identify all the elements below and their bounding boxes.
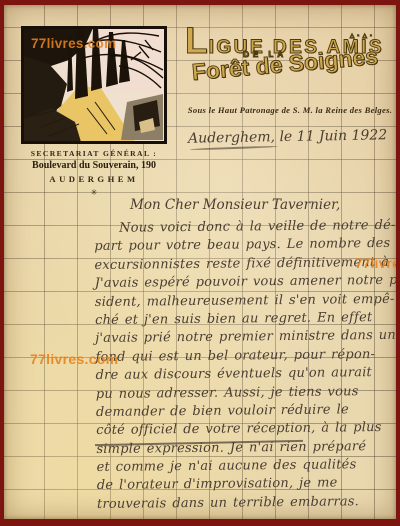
secretariat-heading: Secretariat Général : [18,149,170,158]
letter-line: pu nous adresser. Aussi, je tiens vous [96,382,400,404]
letter-line: trouverais dans un terrible embarras. [97,493,400,515]
title-dots-ornament-icon: ▴·▴· [350,31,375,40]
watermark-text: 77livres.com [355,256,400,271]
watermark-text: 77livres.com [31,36,116,51]
handwritten-dateline: Auderghem, le 11 Juin 1922 [188,127,387,146]
watermark-text: 77livres.com [30,351,118,367]
secretariat-block: Secretariat Général : Boulevard du Souve… [18,149,170,197]
patronage-line: Sous le Haut Patronage de S. M. la Reine… [180,105,400,115]
letter-line: et comme je n'ai aucune des qualités [97,456,400,478]
secretariat-city: Auderghem [18,174,170,184]
salutation: Mon Cher Monsieur Tavernier, [130,197,340,213]
secretariat-address: Boulevard du Souverain, 190 [18,160,170,171]
scanned-letter-page: Ligue des Amis ▴·▴· de la Forêt de Soign… [0,0,400,526]
asterisk-ornament-icon: ✳ [18,188,170,197]
